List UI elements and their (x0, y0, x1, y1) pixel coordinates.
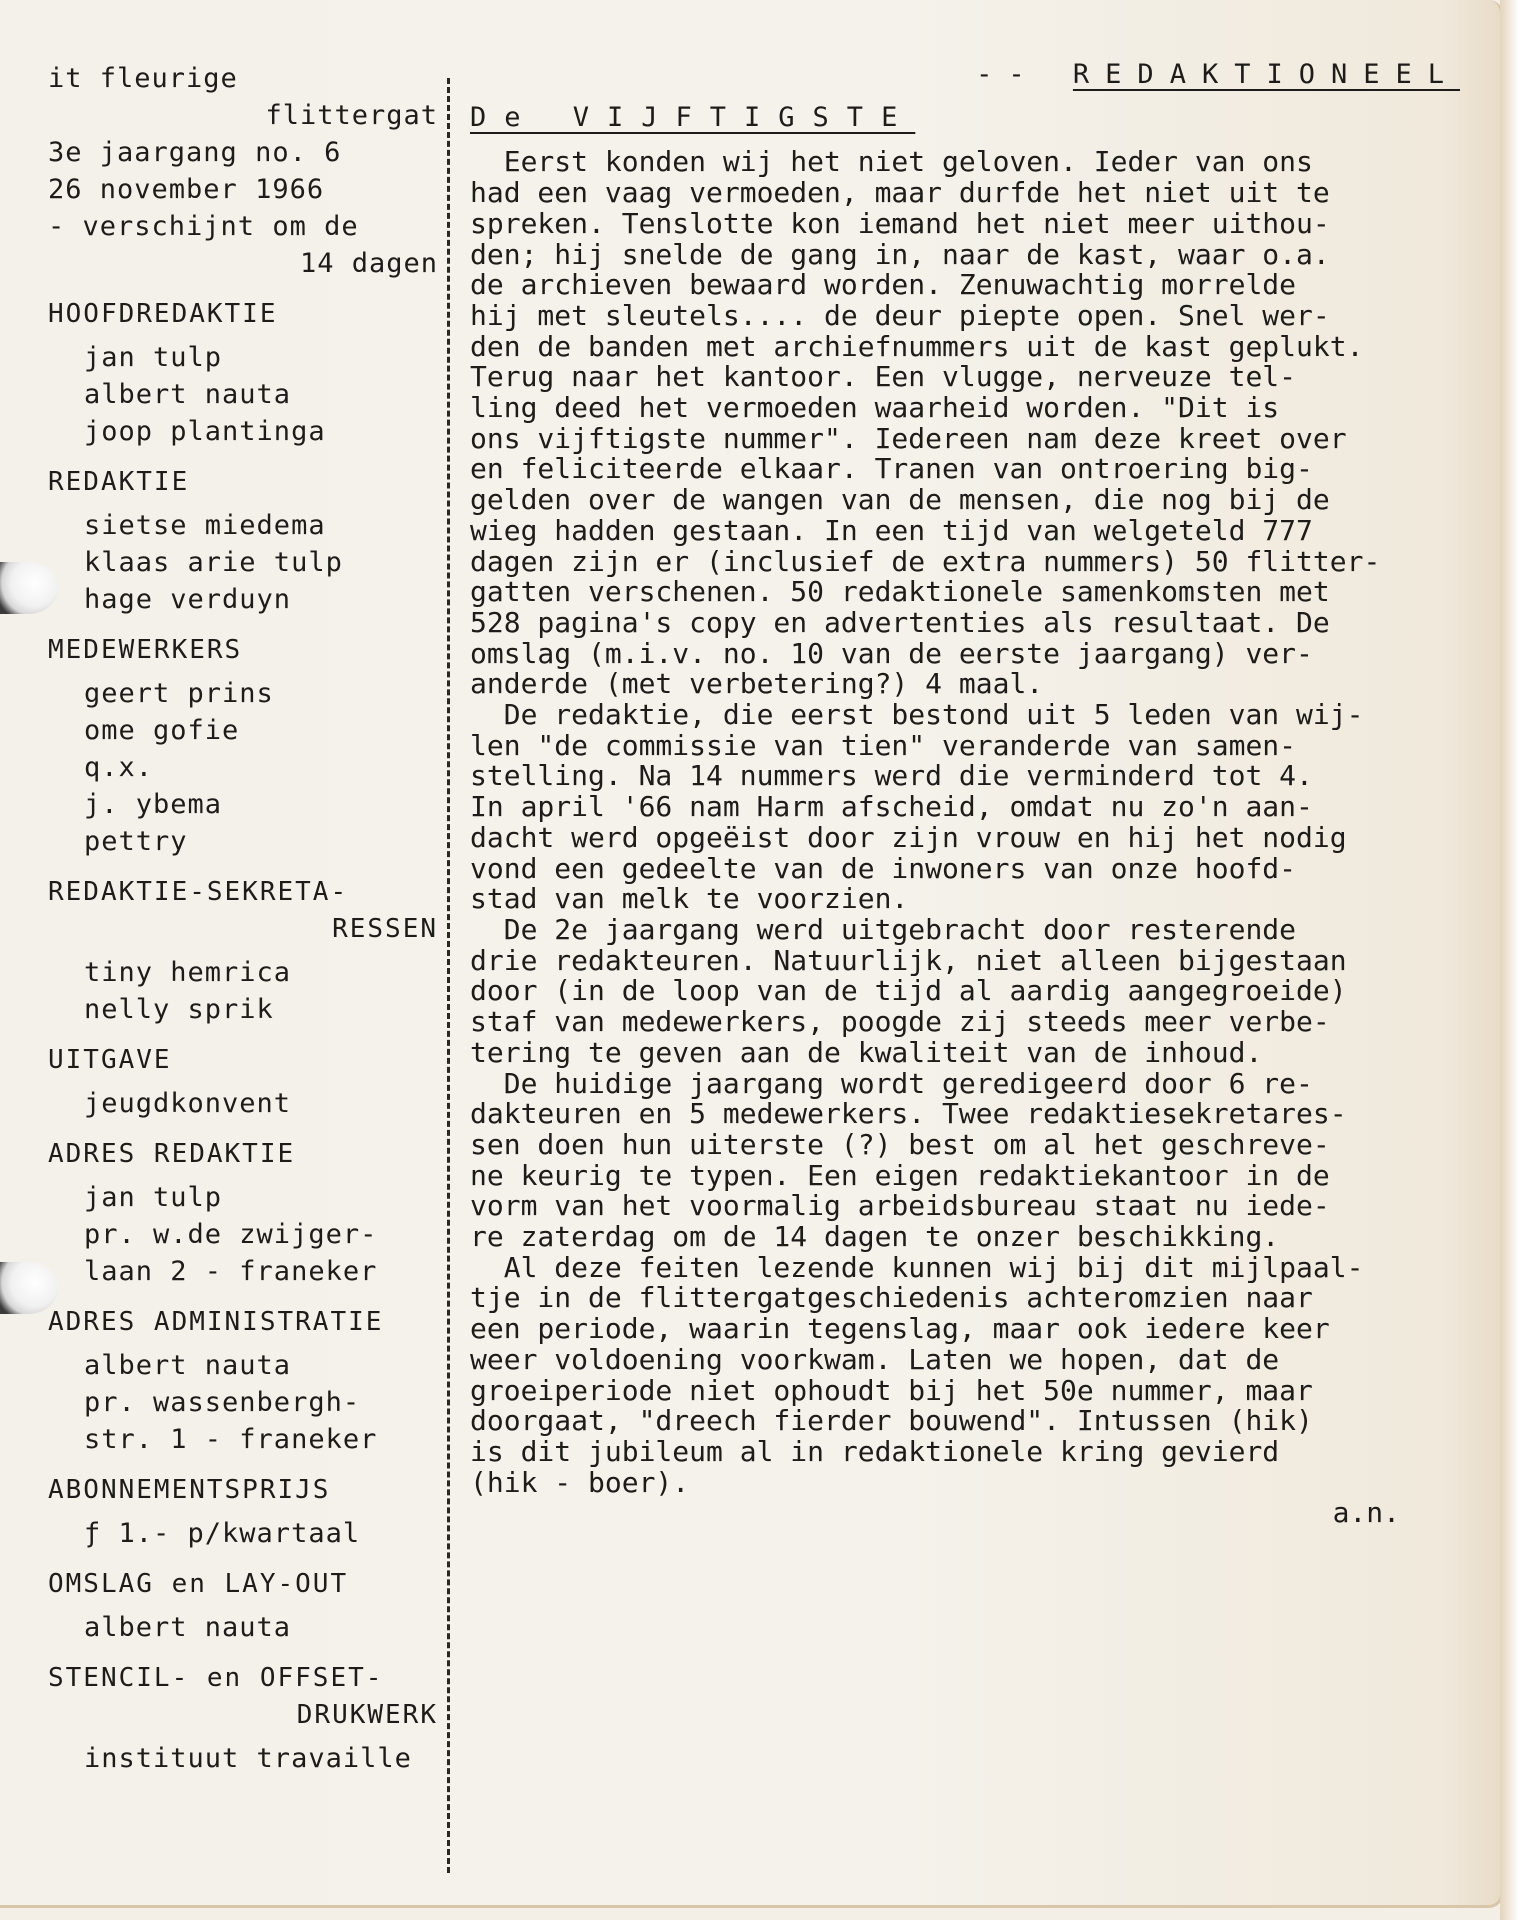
colophon-entry: albert nauta (48, 1347, 448, 1384)
column-divider (447, 78, 450, 1873)
colophon-entry: geert prins (48, 675, 448, 712)
colophon-entry: pr. w.de zwijger- (48, 1216, 448, 1253)
colophon-heading-line: ADRES ADMINISTRATIE (48, 1304, 448, 1341)
article-line: tje in de flittergatgeschiedenis achtero… (470, 1283, 1460, 1314)
section-name: REDAKTIONEEL (1073, 59, 1460, 90)
article-line: gelden over de wangen van de mensen, die… (470, 485, 1460, 516)
colophon-section: ADRES REDAKTIEjan tulppr. w.de zwijger-l… (48, 1136, 448, 1290)
colophon-heading: ABONNEMENTSPRIJS (48, 1472, 448, 1509)
colophon-section: REDAKTIEsietse miedemaklaas arie tulphag… (48, 464, 448, 618)
colophon-heading: MEDEWERKERS (48, 632, 448, 669)
masthead-title-line2: flittergat (48, 97, 448, 134)
colophon-entry: nelly sprik (48, 991, 448, 1028)
colophon-heading: ADRES ADMINISTRATIE (48, 1304, 448, 1341)
article-line: ne keurig te typen. Een eigen redaktieka… (470, 1161, 1460, 1192)
article-line: omslag (m.i.v. no. 10 van de eerste jaar… (470, 639, 1460, 670)
article-line: De redaktie, die eerst bestond uit 5 led… (470, 700, 1460, 731)
article-line: staf van medewerkers, poogde zij steeds … (470, 1007, 1460, 1038)
colophon-entry: ome gofie (48, 712, 448, 749)
article-line: De 2e jaargang werd uitgebracht door res… (470, 915, 1460, 946)
colophon-entry: jan tulp (48, 339, 448, 376)
colophon-entry: albert nauta (48, 376, 448, 413)
masthead-title-line1: it fleurige (48, 60, 448, 97)
colophon-heading-line: ABONNEMENTSPRIJS (48, 1472, 448, 1509)
article-paragraph: De redaktie, die eerst bestond uit 5 led… (470, 700, 1460, 915)
article-line: spreken. Tenslotte kon iemand het niet m… (470, 209, 1460, 240)
colophon-heading-line: RESSEN (48, 911, 448, 948)
article-line: re zaterdag om de 14 dagen te onzer besc… (470, 1222, 1460, 1253)
colophon-entry: j. ybema (48, 786, 448, 823)
article-line: Terug naar het kantoor. Een vlugge, nerv… (470, 362, 1460, 393)
article-body: Eerst konden wij het niet geloven. Ieder… (470, 147, 1460, 1498)
article-line: door (in de loop van de tijd al aardig a… (470, 976, 1460, 1007)
article-paragraph: Al deze feiten lezende kunnen wij bij di… (470, 1253, 1460, 1499)
article-line: dacht werd opgeëist door zijn vrouw en h… (470, 823, 1460, 854)
colophon-section: HOOFDREDAKTIEjan tulpalbert nautajoop pl… (48, 296, 448, 450)
section-label: -- REDAKTIONEEL (470, 60, 1460, 91)
article-paragraph: Eerst konden wij het niet geloven. Ieder… (470, 147, 1460, 700)
colophon-heading-line: STENCIL- en OFFSET- (48, 1660, 448, 1697)
article-line: Al deze feiten lezende kunnen wij bij di… (470, 1253, 1460, 1284)
colophon-heading-line: UITGAVE (48, 1042, 448, 1079)
colophon-entry: str. 1 - franeker (48, 1421, 448, 1458)
document-page: it fleurige flittergat 3e jaargang no. 6… (0, 0, 1503, 1908)
article-line: ons vijftigste nummer". Iedereen nam dez… (470, 424, 1460, 455)
article-line: sen doen hun uiterste (?) best om al het… (470, 1130, 1460, 1161)
article-line: groeiperiode niet ophoudt bij het 50e nu… (470, 1376, 1460, 1407)
article-line: (hik - boer). (470, 1468, 1460, 1499)
article-line: De huidige jaargang wordt geredigeerd do… (470, 1069, 1460, 1100)
article-paragraph: De 2e jaargang werd uitgebracht door res… (470, 915, 1460, 1069)
colophon-heading-line: OMSLAG en LAY-OUT (48, 1566, 448, 1603)
colophon-entry: q.x. (48, 749, 448, 786)
article-line: hij met sleutels.... de deur piepte open… (470, 301, 1460, 332)
colophon-heading: HOOFDREDAKTIE (48, 296, 448, 333)
article-line: dagen zijn er (inclusief de extra nummer… (470, 547, 1460, 578)
article-line: vond een gedeelte van de inwoners van on… (470, 854, 1460, 885)
colophon-section: UITGAVEjeugdkonvent (48, 1042, 448, 1122)
article-line: dakteuren en 5 medewerkers. Twee redakti… (470, 1099, 1460, 1130)
colophon-heading-line: MEDEWERKERS (48, 632, 448, 669)
article-line: drie redakteuren. Natuurlijk, niet allee… (470, 946, 1460, 977)
article-line: len "de commissie van tien" veranderde v… (470, 731, 1460, 762)
colophon-entry: sietse miedema (48, 507, 448, 544)
colophon-entry: ƒ 1.- p/kwartaal (48, 1515, 448, 1552)
article-line: stelling. Na 14 nummers werd die vermind… (470, 761, 1460, 792)
colophon-entry: tiny hemrica (48, 954, 448, 991)
colophon-heading-line: HOOFDREDAKTIE (48, 296, 448, 333)
colophon-entry: albert nauta (48, 1609, 448, 1646)
colophon-heading: UITGAVE (48, 1042, 448, 1079)
article-signature: a.n. (470, 1498, 1460, 1529)
colophon-entry: joop plantinga (48, 413, 448, 450)
page-edge (1500, 0, 1519, 1920)
masthead: it fleurige flittergat 3e jaargang no. 6… (48, 60, 448, 282)
colophon-sidebar: it fleurige flittergat 3e jaargang no. 6… (48, 60, 448, 1777)
colophon-heading-line: REDAKTIE-SEKRETA- (48, 874, 448, 911)
article: -- REDAKTIONEEL De VIJFTIGSTE Eerst kond… (470, 60, 1460, 1529)
colophon-section: ABONNEMENTSPRIJSƒ 1.- p/kwartaal (48, 1472, 448, 1552)
colophon-section: MEDEWERKERSgeert prinsome gofieq.x.j. yb… (48, 632, 448, 860)
colophon-entry: laan 2 - franeker (48, 1253, 448, 1290)
colophon-section: ADRES ADMINISTRATIEalbert nautapr. wasse… (48, 1304, 448, 1458)
article-paragraph: De huidige jaargang wordt geredigeerd do… (470, 1069, 1460, 1253)
colophon-entry: hage verduyn (48, 581, 448, 618)
article-line: 528 pagina's copy en advertenties als re… (470, 608, 1460, 639)
article-line: stad van melk te voorzien. (470, 884, 1460, 915)
article-line: vorm van het voormalig arbeidsbureau sta… (470, 1191, 1460, 1222)
colophon-section: OMSLAG en LAY-OUTalbert nauta (48, 1566, 448, 1646)
colophon-list: HOOFDREDAKTIEjan tulpalbert nautajoop pl… (48, 296, 448, 1777)
colophon-section: STENCIL- en OFFSET-DRUKWERKinstituut tra… (48, 1660, 448, 1777)
article-line: de archieven bewaard worden. Zenuwachtig… (470, 270, 1460, 301)
masthead-frequency-line1: - verschijnt om de (48, 208, 448, 245)
article-line: tering te geven aan de kwaliteit van de … (470, 1038, 1460, 1069)
colophon-section: REDAKTIE-SEKRETA-RESSENtiny hemricanelly… (48, 874, 448, 1028)
colophon-entry: pr. wassenbergh- (48, 1384, 448, 1421)
masthead-issue: 3e jaargang no. 6 (48, 134, 448, 171)
colophon-heading: OMSLAG en LAY-OUT (48, 1566, 448, 1603)
colophon-heading: ADRES REDAKTIE (48, 1136, 448, 1173)
masthead-frequency-line2: 14 dagen (48, 245, 448, 282)
colophon-heading-line: REDAKTIE (48, 464, 448, 501)
colophon-heading-line: ADRES REDAKTIE (48, 1136, 448, 1173)
article-line: wieg hadden gestaan. In een tijd van wel… (470, 516, 1460, 547)
colophon-heading: REDAKTIE (48, 464, 448, 501)
article-line: Eerst konden wij het niet geloven. Ieder… (470, 147, 1460, 178)
colophon-entry: pettry (48, 823, 448, 860)
masthead-date: 26 november 1966 (48, 171, 448, 208)
article-line: den; hij snelde de gang in, naar de kast… (470, 240, 1460, 271)
colophon-heading: STENCIL- en OFFSET-DRUKWERK (48, 1660, 448, 1734)
colophon-heading: REDAKTIE-SEKRETA-RESSEN (48, 874, 448, 948)
article-line: den de banden met archiefnummers uit de … (470, 332, 1460, 363)
article-line: ling deed het vermoeden waarheid worden.… (470, 393, 1460, 424)
article-line: anderde (met verbetering?) 4 maal. (470, 669, 1460, 700)
article-line: gatten verschenen. 50 redaktionele samen… (470, 577, 1460, 608)
article-title: De VIJFTIGSTE (470, 103, 1460, 134)
article-line: is dit jubileum al in redaktionele kring… (470, 1437, 1460, 1468)
article-line: een periode, waarin tegenslag, maar ook … (470, 1314, 1460, 1345)
article-line: In april '66 nam Harm afscheid, omdat nu… (470, 792, 1460, 823)
article-line: weer voldoening voorkwam. Laten we hopen… (470, 1345, 1460, 1376)
colophon-entry: jeugdkonvent (48, 1085, 448, 1122)
article-line: en feliciteerde elkaar. Tranen van ontro… (470, 454, 1460, 485)
article-line: doorgaat, "dreech fierder bouwend". Intu… (470, 1406, 1460, 1437)
colophon-heading-line: DRUKWERK (48, 1697, 448, 1734)
article-line: had een vaag vermoeden, maar durfde het … (470, 178, 1460, 209)
colophon-entry: jan tulp (48, 1179, 448, 1216)
colophon-entry: instituut travaille (48, 1740, 448, 1777)
section-prefix: -- (976, 59, 1041, 90)
colophon-entry: klaas arie tulp (48, 544, 448, 581)
